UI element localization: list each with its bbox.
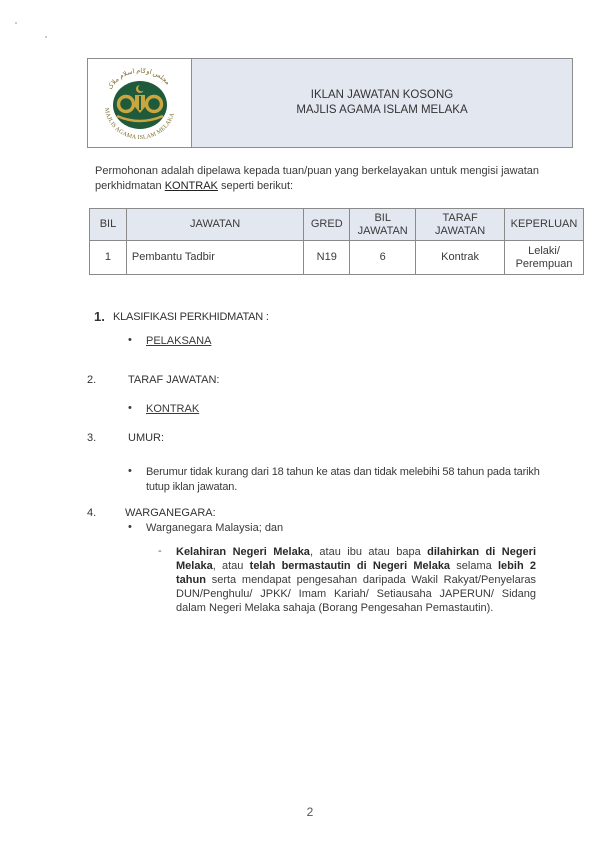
majlis-crest-icon: مجلس اوݢام اسلام ملاک MAJLIS AGAMA ISLAM… bbox=[95, 62, 185, 144]
emphasis-text: telah bermastautin di Negeri Melaka bbox=[250, 560, 450, 572]
body-text: , atau bbox=[213, 560, 250, 572]
cell-taraf-jawatan: Kontrak bbox=[416, 241, 505, 275]
section-1-title: KLASIFIKASI PERKHIDMATAN : bbox=[113, 311, 269, 323]
bullet-icon: • bbox=[128, 334, 132, 346]
bullet-icon: • bbox=[128, 402, 132, 414]
intro-paragraph: Permohonan adalah dipelawa kepada tuan/p… bbox=[95, 164, 555, 194]
section-4-title: WARGANEGARA: bbox=[125, 507, 216, 519]
scan-speck bbox=[45, 36, 47, 38]
section-1-number: 1. bbox=[94, 309, 105, 324]
bullet-icon: • bbox=[128, 465, 132, 477]
section-3-number: 3. bbox=[87, 432, 96, 444]
dash-marker: - bbox=[158, 545, 162, 557]
cell-keperluan: Lelaki/Perempuan bbox=[505, 241, 584, 275]
emphasis-text: Kelahiran Negeri Melaka bbox=[176, 546, 310, 558]
col-header-jawatan: JAWATAN bbox=[126, 209, 303, 241]
logo-cell: مجلس اوݢام اسلام ملاک MAJLIS AGAMA ISLAM… bbox=[88, 59, 192, 147]
section-2-title: TARAF JAWATAN: bbox=[128, 374, 219, 386]
body-text: , atau ibu atau bapa bbox=[310, 546, 427, 558]
bullet-icon: • bbox=[128, 521, 132, 533]
col-header-bil: BIL bbox=[90, 209, 127, 241]
body-text: selama bbox=[450, 560, 498, 572]
cell-gred: N19 bbox=[304, 241, 350, 275]
title-line-2: MAJLIS AGAMA ISLAM MELAKA bbox=[296, 103, 467, 118]
cell-jawatan: Pembantu Tadbir bbox=[126, 241, 303, 275]
table-row: 1 Pembantu Tadbir N19 6 Kontrak Lelaki/P… bbox=[90, 241, 584, 275]
title-line-1: IKLAN JAWATAN KOSONG bbox=[311, 88, 454, 103]
section-2-number: 2. bbox=[87, 374, 96, 386]
cell-bil-jawatan: 6 bbox=[350, 241, 416, 275]
scan-speck bbox=[15, 22, 17, 24]
section-3-title: UMUR: bbox=[128, 432, 164, 444]
contract-emphasis: KONTRAK bbox=[165, 180, 218, 192]
section-4-number: 4. bbox=[87, 507, 96, 519]
vacancy-table: BIL JAWATAN GRED BILJAWATAN TARAFJAWATAN… bbox=[89, 208, 584, 275]
table-header-row: BIL JAWATAN GRED BILJAWATAN TARAFJAWATAN… bbox=[90, 209, 584, 241]
col-header-taraf-jawatan: TARAFJAWATAN bbox=[416, 209, 505, 241]
header-title: IKLAN JAWATAN KOSONG MAJLIS AGAMA ISLAM … bbox=[192, 59, 572, 147]
cell-bil: 1 bbox=[90, 241, 127, 275]
col-header-gred: GRED bbox=[304, 209, 350, 241]
page-number: 2 bbox=[0, 805, 600, 819]
col-header-bil-jawatan: BILJAWATAN bbox=[350, 209, 416, 241]
body-text: serta mendapat pengesahan daripada Wakil… bbox=[176, 574, 536, 614]
residency-requirement: Kelahiran Negeri Melaka, atau ibu atau b… bbox=[176, 545, 536, 615]
header-box: مجلس اوݢام اسلام ملاک MAJLIS AGAMA ISLAM… bbox=[87, 58, 573, 148]
col-header-keperluan: KEPERLUAN bbox=[505, 209, 584, 241]
